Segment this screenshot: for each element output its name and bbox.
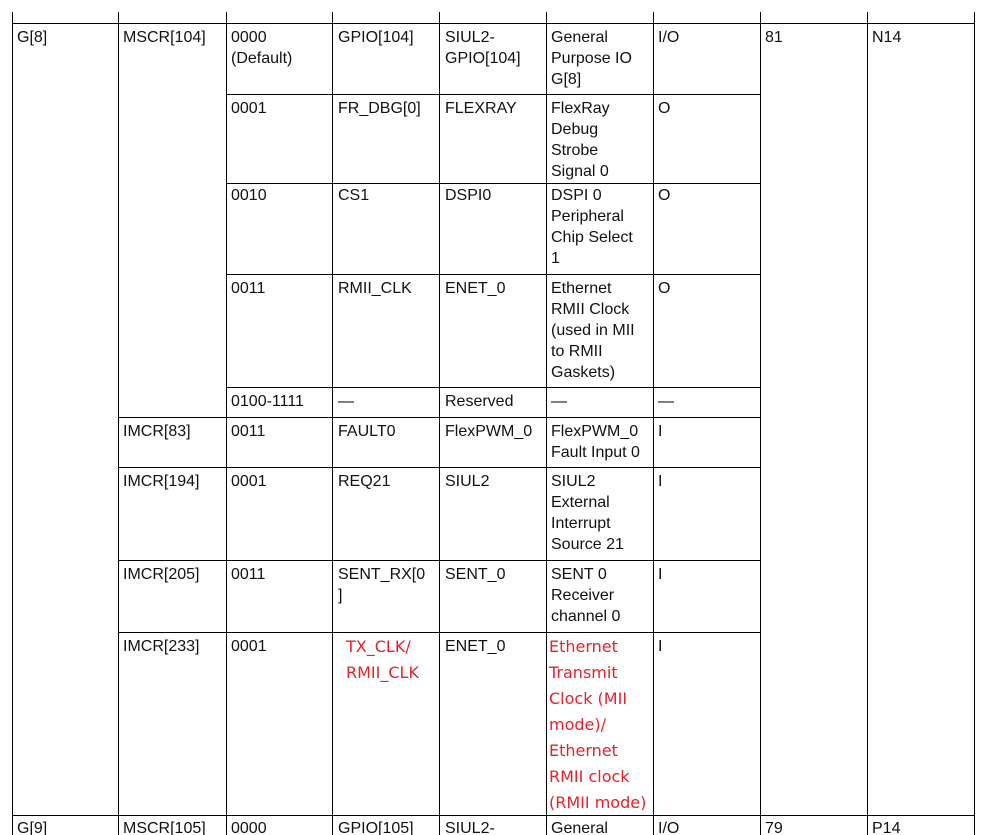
description-cell: FlexPWM_0 Fault Input 0 <box>551 421 640 463</box>
description-cell: General Purpose IO G[8] <box>551 27 632 90</box>
direction-cell: O <box>658 278 670 299</box>
signal-cell: CS1 <box>338 185 369 206</box>
module-cell: FlexPWM_0 <box>445 421 532 442</box>
ball-id: P14 <box>872 818 900 835</box>
direction-cell: — <box>658 391 674 412</box>
module-cell: ENET_0 <box>445 278 505 299</box>
description-cell-annotated: Ethernet Transmit Clock (MII mode)/ Ethe… <box>549 634 646 816</box>
register-cell: MSCR[105] <box>123 818 206 835</box>
grid-line <box>332 12 333 835</box>
signal-cell: REQ21 <box>338 471 390 492</box>
grid-line <box>118 417 761 418</box>
signal-cell-annotated: TX_CLK/ RMII_CLK <box>346 634 419 686</box>
description-cell: DSPI 0 Peripheral Chip Select 1 <box>551 185 633 269</box>
direction-cell: O <box>658 98 670 119</box>
grid-line <box>12 12 13 835</box>
grid-line <box>653 12 654 835</box>
register-cell: IMCR[233] <box>123 636 199 657</box>
signal-cell: GPIO[105] <box>338 818 414 835</box>
pad-name: G[9] <box>17 818 47 835</box>
grid-line <box>118 560 761 561</box>
description-cell: SENT 0 Receiver channel 0 <box>551 564 620 627</box>
grid-line <box>12 23 975 24</box>
value-cell: 0011 <box>231 564 265 585</box>
description-cell: — <box>551 391 567 412</box>
grid-line <box>118 632 761 633</box>
value-cell: 0011 <box>231 278 265 299</box>
value-cell: 0010 <box>231 185 267 206</box>
module-cell: Reserved <box>445 391 513 412</box>
description-cell: FlexRay Debug Strobe Signal 0 <box>551 98 610 182</box>
grid-line <box>974 12 975 835</box>
module-cell: SIUL2- <box>445 818 495 835</box>
signal-cell: SENT_RX[0 ] <box>338 564 425 606</box>
description-cell: SIUL2 External Interrupt Source 21 <box>551 471 624 555</box>
ball-id: N14 <box>872 27 901 48</box>
signal-cell: FAULT0 <box>338 421 396 442</box>
grid-line <box>12 815 975 816</box>
module-cell: SENT_0 <box>445 564 505 585</box>
signal-cell: FR_DBG[0] <box>338 98 421 119</box>
register-cell: MSCR[104] <box>123 27 206 48</box>
grid-line <box>226 94 761 95</box>
module-cell: SIUL2- GPIO[104] <box>445 27 521 69</box>
grid-line <box>226 183 761 184</box>
grid-line <box>867 12 868 835</box>
direction-cell: O <box>658 185 670 206</box>
grid-line <box>439 12 440 835</box>
grid-line <box>226 12 227 835</box>
value-cell: 0001 <box>231 636 267 657</box>
register-cell: IMCR[194] <box>123 471 199 492</box>
module-cell: ENET_0 <box>445 636 505 657</box>
pin-number: 81 <box>765 27 783 48</box>
signal-cell: GPIO[104] <box>338 27 414 48</box>
register-cell: IMCR[83] <box>123 421 191 442</box>
grid-line <box>226 274 761 275</box>
grid-line <box>118 467 761 468</box>
value-cell: 0001 <box>231 471 267 492</box>
grid-line <box>118 12 119 835</box>
signal-cell: — <box>338 391 354 412</box>
direction-cell: I <box>658 636 662 657</box>
pad-name: G[8] <box>17 27 47 48</box>
grid-line <box>226 387 761 388</box>
direction-cell: I <box>658 471 662 492</box>
module-cell: SIUL2 <box>445 471 489 492</box>
register-cell: IMCR[205] <box>123 564 199 585</box>
module-cell: FLEXRAY <box>445 98 517 119</box>
value-cell: 0011 <box>231 421 265 442</box>
value-cell: 0000 <box>231 818 267 835</box>
direction-cell: I <box>658 421 662 442</box>
signal-cell: RMII_CLK <box>338 278 412 299</box>
pin-number: 79 <box>765 818 783 835</box>
direction-cell: I/O <box>658 818 679 835</box>
direction-cell: I/O <box>658 27 679 48</box>
description-cell: Ethernet RMII Clock (used in MII to RMII… <box>551 278 635 383</box>
value-cell: 0100-1111 <box>231 391 304 412</box>
grid-line <box>546 12 547 835</box>
grid-line <box>760 12 761 835</box>
value-cell: 0000 (Default) <box>231 27 292 69</box>
value-cell: 0001 <box>231 98 267 119</box>
direction-cell: I <box>658 564 662 585</box>
module-cell: DSPI0 <box>445 185 491 206</box>
description-cell: General <box>551 818 608 835</box>
